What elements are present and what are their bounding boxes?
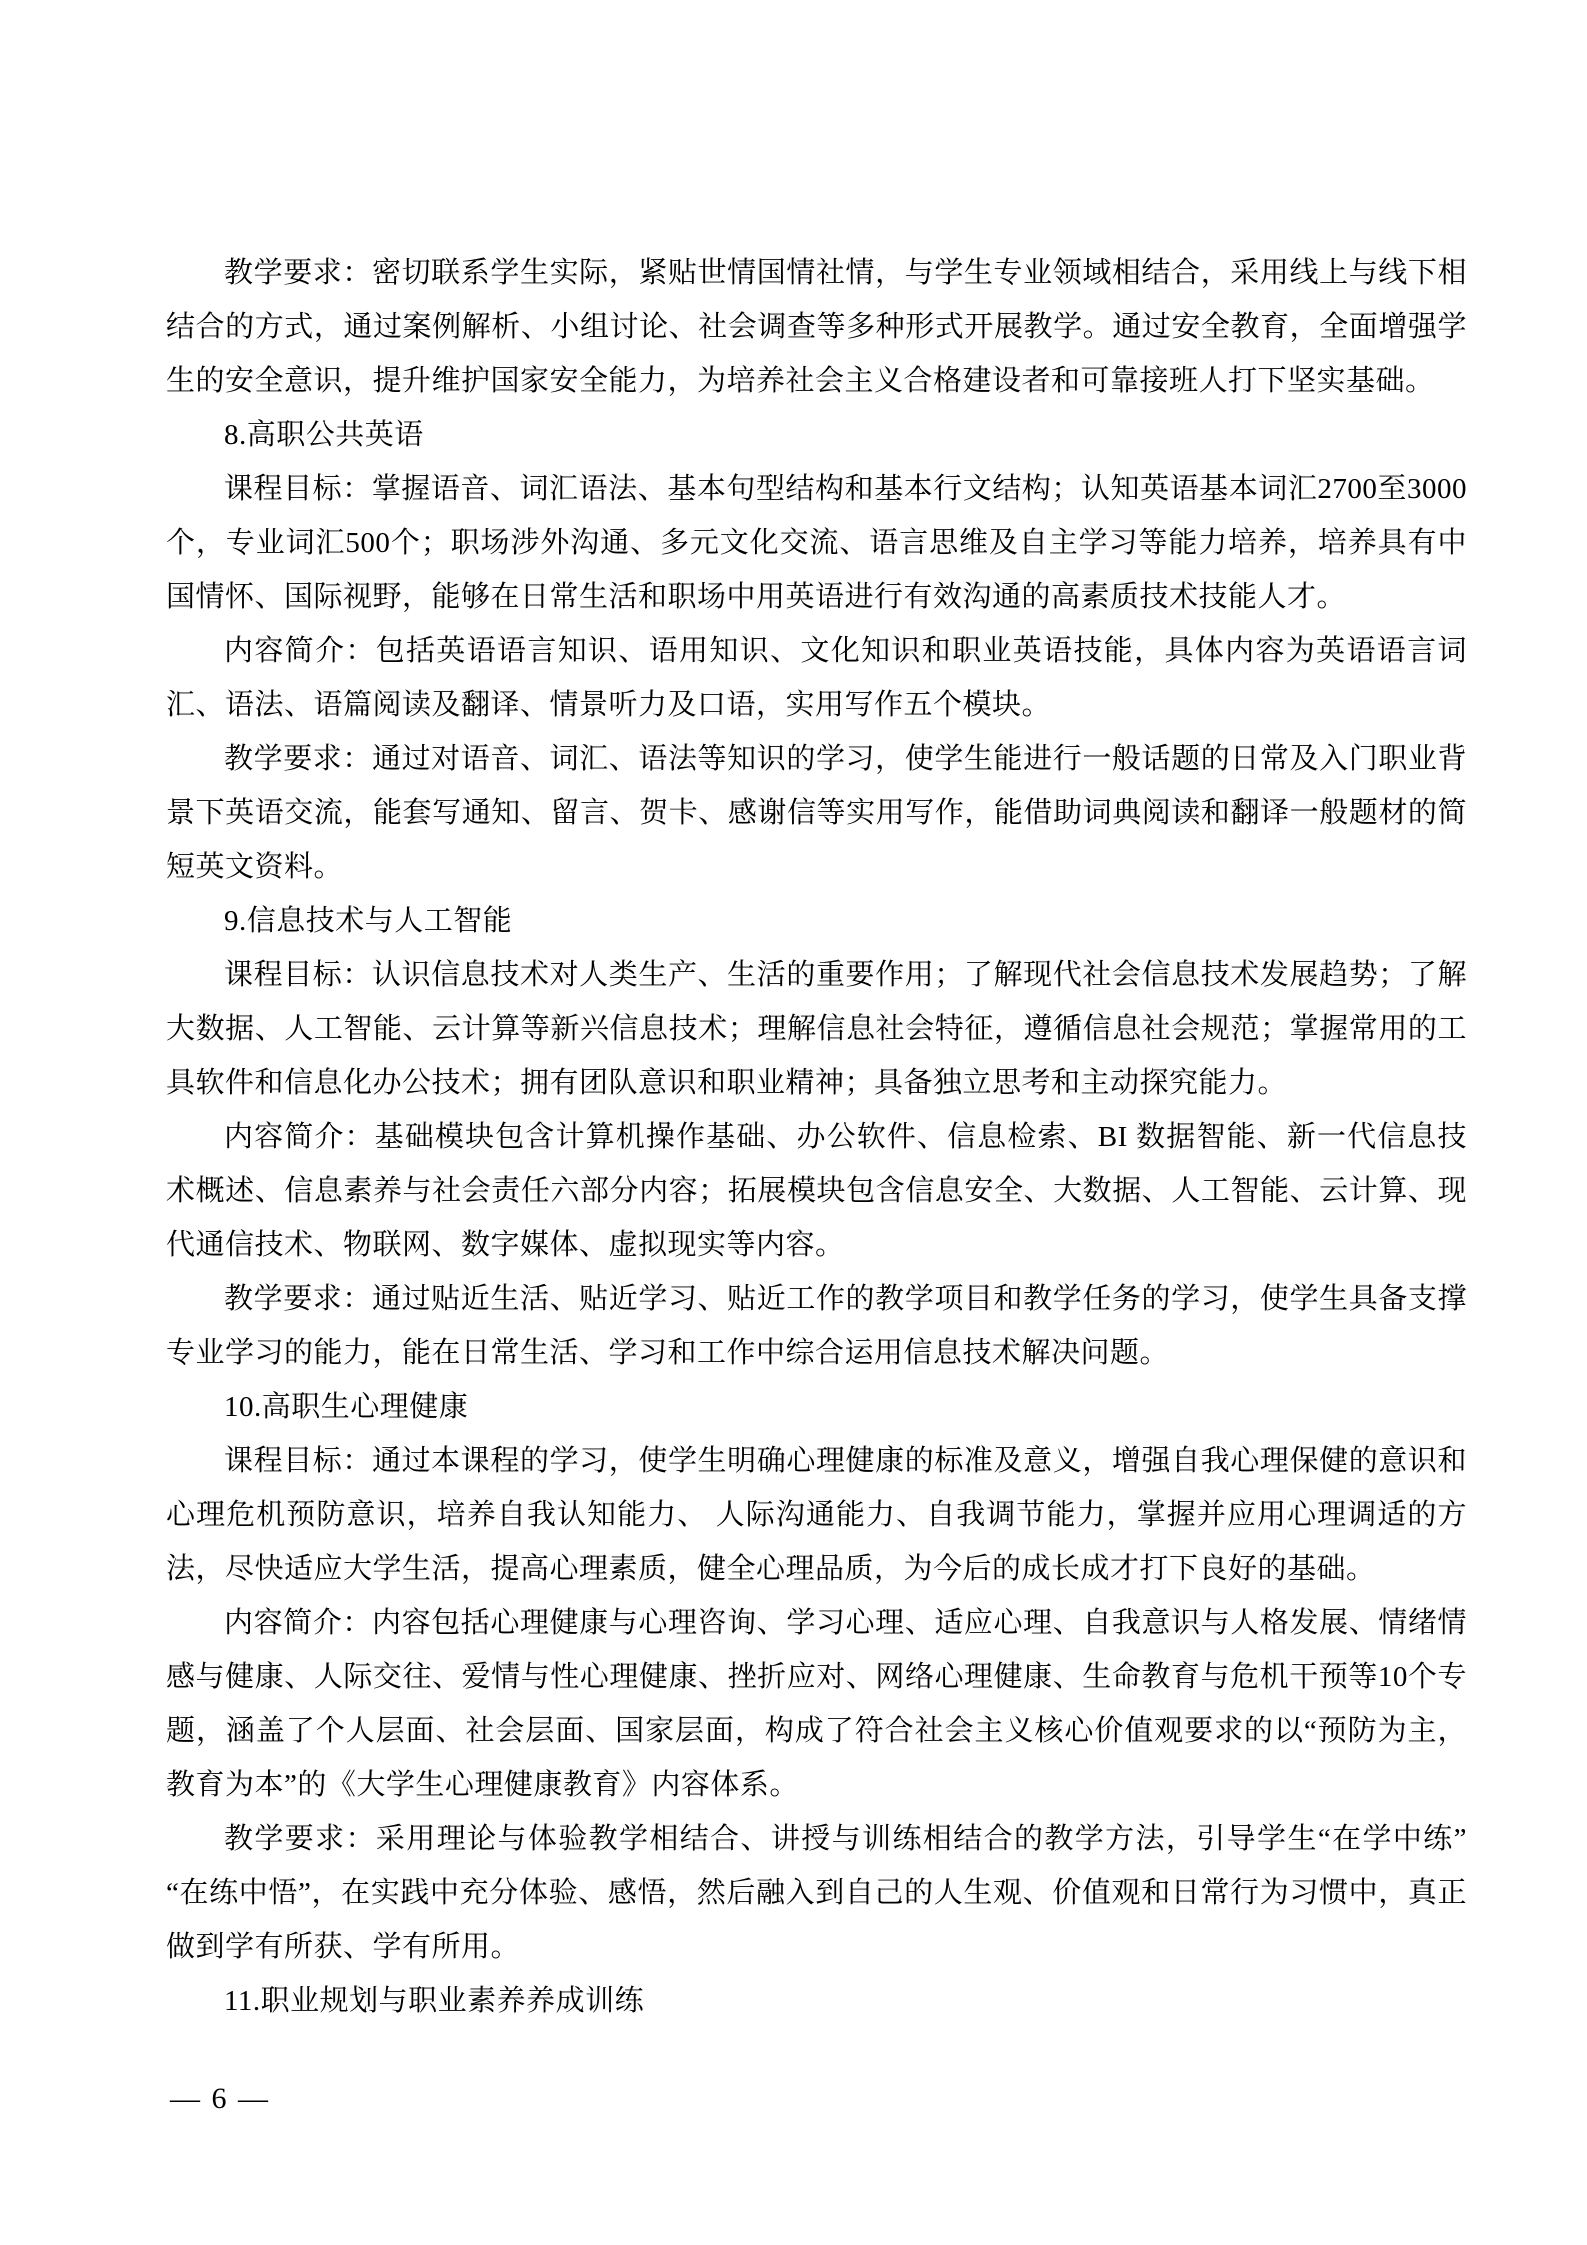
document-body: 教学要求：密切联系学生实际，紧贴世情国情社情，与学生专业领域相结合，采用线上与线… — [166, 246, 1467, 2028]
paragraph: 内容简介：基础模块包含计算机操作基础、办公软件、信息检索、BI 数据智能、新一代… — [166, 1110, 1467, 1272]
paragraph: 课程目标：认识信息技术对人类生产、生活的重要作用；了解现代社会信息技术发展趋势；… — [166, 948, 1467, 1110]
paragraph: 内容简介：包括英语语言知识、语用知识、文化知识和职业英语技能，具体内容为英语语言… — [166, 624, 1467, 732]
paragraph: 教学要求：通过贴近生活、贴近学习、贴近工作的教学项目和教学任务的学习，使学生具备… — [166, 1272, 1467, 1380]
paragraph: 教学要求：采用理论与体验教学相结合、讲授与训练相结合的教学方法，引导学生“在学中… — [166, 1812, 1467, 1974]
section-heading: 10.高职生心理健康 — [166, 1380, 1467, 1434]
document-page: { "document": { "paragraphs": [ {"type":… — [0, 0, 1587, 2245]
paragraph: 内容简介：内容包括心理健康与心理咨询、学习心理、适应心理、自我意识与人格发展、情… — [166, 1596, 1467, 1812]
page-number: — 6 — — [170, 2072, 270, 2126]
paragraph: 课程目标：通过本课程的学习，使学生明确心理健康的标准及意义，增强自我心理保健的意… — [166, 1434, 1467, 1596]
section-heading: 9.信息技术与人工智能 — [166, 894, 1467, 948]
paragraph: 教学要求：通过对语音、词汇、语法等知识的学习，使学生能进行一般话题的日常及入门职… — [166, 732, 1467, 894]
section-heading: 11.职业规划与职业素养养成训练 — [166, 1974, 1467, 2028]
paragraph: 课程目标：掌握语音、词汇语法、基本句型结构和基本行文结构；认知英语基本词汇270… — [166, 462, 1467, 624]
section-heading: 8.高职公共英语 — [166, 408, 1467, 462]
paragraph: 教学要求：密切联系学生实际，紧贴世情国情社情，与学生专业领域相结合，采用线上与线… — [166, 246, 1467, 408]
